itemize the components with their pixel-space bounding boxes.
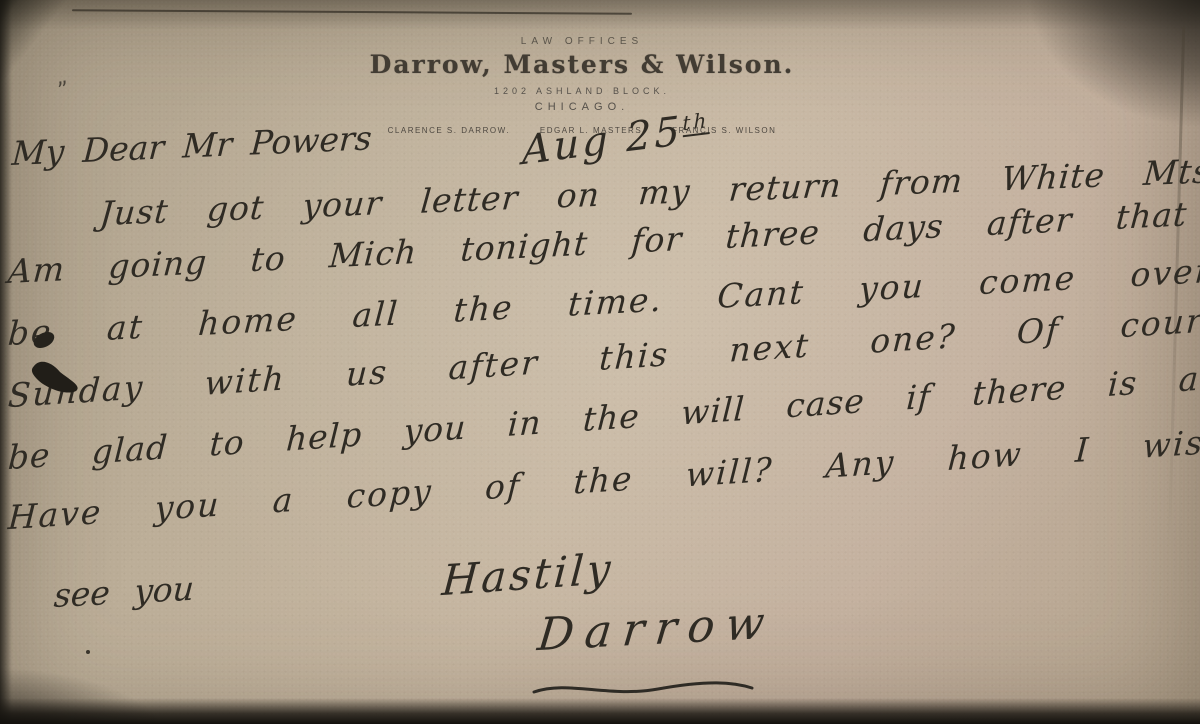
city-line: CHICAGO. xyxy=(0,101,1164,113)
law-offices-label: LAW OFFICES xyxy=(0,36,1164,47)
firm-name: Darrow, Masters & Wilson. xyxy=(0,50,1164,79)
body-line-7: see you xyxy=(53,569,196,616)
ink-blot xyxy=(26,328,96,400)
ink-dot xyxy=(86,650,90,654)
address-line: 1202 ASHLAND BLOCK. xyxy=(0,86,1164,96)
signature-flourish xyxy=(528,676,758,702)
partner-name: CLARENCE S. DARROW. xyxy=(388,126,510,135)
date-superscript: th xyxy=(682,108,709,137)
bottom-left-corner-shadow xyxy=(0,654,200,724)
scanned-letter-photo: LAW OFFICES Darrow, Masters & Wilson. 12… xyxy=(0,0,1200,724)
